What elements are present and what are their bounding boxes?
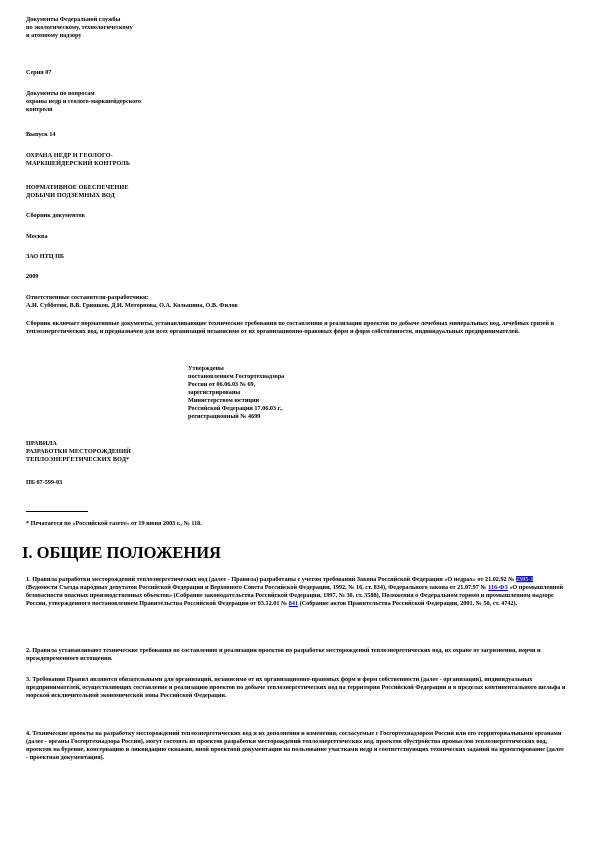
subject-line: НОРМАТИВНОЕ ОБЕСПЕЧЕНИЕ — [26, 184, 129, 192]
issue-label: Выпуск 14 — [26, 131, 55, 139]
approval-line: России от 06.06.03 № 69, — [188, 381, 284, 389]
agency-line: Документы Федеральной службы — [26, 16, 133, 24]
subject-block: НОРМАТИВНОЕ ОБЕСПЕЧЕНИЕ ДОБЫЧИ ПОДЗЕМНЫХ… — [26, 184, 129, 200]
law-116-fz-link[interactable]: 116-ФЗ — [488, 584, 508, 591]
footnote-text: * Печатается по «Российской газете» от 1… — [26, 520, 202, 528]
issue-text: Выпуск 14 — [26, 131, 55, 139]
decree-841-link[interactable]: 841 — [289, 600, 298, 607]
docs-line: контроля — [26, 106, 141, 114]
paragraph-1-text: (Ведомости Съезда народных депутатов Рос… — [26, 584, 488, 591]
docs-block: Документы по вопросам охраны недр и геол… — [26, 90, 141, 114]
docs-line: охраны недр и геолого-маркшейдерского — [26, 98, 141, 106]
section-block: ОХРАНА НЕДР И ГЕОЛОГО- МАРКШЕЙДЕРСКИЙ КО… — [26, 152, 130, 168]
docs-line: Документы по вопросам — [26, 90, 141, 98]
paragraph-1-text: 1. Правила разработки месторождений тепл… — [26, 576, 516, 583]
city-text: Москва — [26, 233, 48, 241]
agency-block: Документы Федеральной службы по экологич… — [26, 16, 133, 40]
rules-title-line: РАЗРАБОТКИ МЕСТОРОЖДЕНИЙ — [26, 448, 131, 456]
year-text: 2009 — [26, 273, 38, 281]
section-line: МАРКШЕЙДЕРСКИЙ КОНТРОЛЬ — [26, 160, 130, 168]
doc-code-text: ПБ 07-599-03 — [26, 479, 62, 487]
abstract-paragraph: Сборник включает нормативные документы, … — [26, 320, 566, 336]
paragraph-2: 2. Правила устанавливают технические тре… — [26, 647, 566, 663]
approval-line: зарегистрированы — [188, 389, 284, 397]
approval-block: Утверждены постановлением Госгортехнадзо… — [188, 365, 284, 421]
rules-title-line: ТЕПЛОЭНЕРГЕТИЧЕСКИХ ВОД* — [26, 456, 131, 464]
series-label: Серия 07 — [26, 69, 51, 77]
collection-label: Сборник документов — [26, 212, 85, 220]
compilers-names: А.И. Субботин, В.В. Гришков, Д.И. Моторн… — [26, 302, 238, 310]
footnote-divider — [26, 511, 88, 512]
compilers-label: Ответственные составители-разработчики: — [26, 294, 238, 302]
rules-title-block: ПРАВИЛА РАЗРАБОТКИ МЕСТОРОЖДЕНИЙ ТЕПЛОЭН… — [26, 440, 131, 464]
footnote: * Печатается по «Российской газете» от 1… — [26, 520, 202, 528]
approval-line: Российской Федерации 17.06.03 г., — [188, 405, 284, 413]
paragraph-3: 3. Требования Правил являются обязательн… — [26, 676, 566, 700]
subject-line: ДОБЫЧИ ПОДЗЕМНЫХ ВОД — [26, 192, 129, 200]
rules-title-line: ПРАВИЛА — [26, 440, 131, 448]
approval-line: Министерством юстиции — [188, 397, 284, 405]
paragraph-4: 4. Технические проекты на разработку мес… — [26, 730, 566, 762]
publisher-label: ЗАО НТЦ ПБ — [26, 253, 64, 261]
paragraph-1-text: (Собрание актов Правительства Российской… — [298, 600, 517, 607]
publisher-text: ЗАО НТЦ ПБ — [26, 253, 64, 261]
approval-line: регистрационный № 4699 — [188, 413, 284, 421]
city-label: Москва — [26, 233, 48, 241]
collection-text: Сборник документов — [26, 212, 85, 220]
year-label: 2009 — [26, 273, 38, 281]
agency-line: и атомному надзору — [26, 32, 133, 40]
approval-line: Утверждены — [188, 365, 284, 373]
paragraph-1: 1. Правила разработки месторождений тепл… — [26, 576, 566, 608]
doc-code: ПБ 07-599-03 — [26, 479, 62, 487]
compilers-block: Ответственные составители-разработчики: … — [26, 294, 238, 310]
series-text: Серия 07 — [26, 69, 51, 77]
approval-line: постановлением Госгортехнадзора — [188, 373, 284, 381]
chapter-heading: I. ОБЩИЕ ПОЛОЖЕНИЯ — [22, 543, 221, 563]
section-line: ОХРАНА НЕДР И ГЕОЛОГО- — [26, 152, 130, 160]
law-2395-1-link[interactable]: 2395-1 — [516, 576, 534, 583]
agency-line: по экологическому, технологическому — [26, 24, 133, 32]
